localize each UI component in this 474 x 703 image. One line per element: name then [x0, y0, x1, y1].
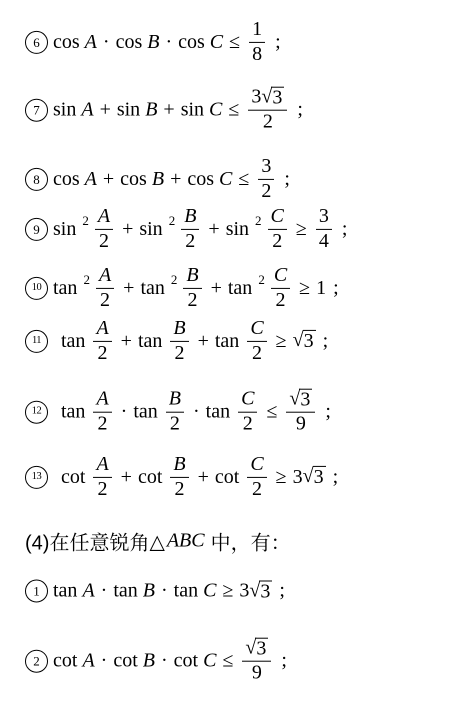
- denominator: 2: [258, 180, 274, 203]
- operator: ·: [193, 401, 200, 424]
- variable: C: [210, 31, 223, 54]
- circled-number: 10: [25, 277, 48, 300]
- radicand: 3: [259, 580, 272, 602]
- function-name: cos: [53, 31, 80, 54]
- variable: B: [184, 206, 196, 228]
- formula-8: 8cosA+cosB+cosC≤32;: [25, 156, 290, 202]
- function-name: cos: [53, 168, 80, 191]
- operator: +: [198, 330, 209, 353]
- operator: ·: [121, 401, 128, 424]
- fraction: 3√32: [248, 87, 287, 134]
- numerator: B: [166, 389, 184, 413]
- numerator: 3: [258, 156, 274, 180]
- fraction: √39: [286, 389, 315, 436]
- superscript: 2: [171, 272, 178, 288]
- fraction: A2: [93, 454, 111, 500]
- number: 2: [252, 479, 262, 501]
- variable: A: [85, 168, 97, 191]
- operator: ≤: [266, 401, 277, 424]
- number: 2: [275, 290, 285, 312]
- fraction: B2: [183, 265, 201, 311]
- function-name: tan: [215, 330, 239, 353]
- fraction: A2: [93, 389, 111, 435]
- semicolon: ;: [297, 99, 303, 122]
- function-name: cot: [53, 650, 77, 673]
- variable: B: [143, 580, 155, 603]
- number: 4: [319, 231, 329, 253]
- superscript: 2: [258, 272, 265, 288]
- number: 3: [319, 206, 329, 228]
- denominator: 2: [181, 230, 199, 253]
- formula-2: 2cotA·cotB·cotC≤√39;: [25, 638, 287, 685]
- operator: ≥: [296, 218, 307, 241]
- denominator: 2: [247, 478, 266, 501]
- circled-number: 13: [25, 466, 48, 489]
- circled-number: 7: [25, 99, 48, 122]
- radical: √3: [293, 330, 316, 352]
- operator: +: [100, 99, 111, 122]
- circled-number: 9: [25, 218, 48, 241]
- operator: ≤: [229, 31, 240, 54]
- variable: B: [147, 31, 159, 54]
- denominator: 4: [316, 230, 332, 253]
- variable: B: [169, 389, 181, 411]
- number: 2: [187, 290, 197, 312]
- superscript: 2: [83, 272, 90, 288]
- semicolon: ;: [333, 277, 339, 300]
- fraction: C2: [247, 318, 266, 364]
- function-name: tan: [228, 277, 252, 300]
- operator: ≤: [222, 650, 233, 673]
- denominator: 2: [93, 342, 111, 365]
- numerator: A: [95, 206, 113, 230]
- operator: ≥: [276, 330, 287, 353]
- variable: C: [250, 318, 263, 340]
- variable: B: [173, 454, 185, 476]
- variable: C: [203, 650, 216, 673]
- circled-number: 1: [25, 580, 48, 603]
- numerator: B: [170, 318, 188, 342]
- formula-7: 7sinA+sinB+sinC≤3√32;: [25, 87, 303, 134]
- formula-13: 13cotA2+cotB2+cotC2≥3√3;: [25, 454, 338, 500]
- function-name: sin: [53, 99, 76, 122]
- fraction: A2: [96, 265, 114, 311]
- circled-number: 12: [25, 401, 48, 424]
- semicolon: ;: [323, 330, 329, 353]
- variable: C: [250, 454, 263, 476]
- numerator: C: [247, 454, 266, 478]
- numerator: B: [170, 454, 188, 478]
- number: 3: [251, 87, 261, 109]
- fraction: A2: [95, 206, 113, 252]
- radicand: 3: [271, 87, 284, 109]
- operator: ≥: [299, 277, 310, 300]
- numerator: √3: [242, 638, 271, 662]
- function-name: cot: [215, 466, 239, 489]
- numerator: B: [181, 206, 199, 230]
- variable: B: [173, 318, 185, 340]
- denominator: 2: [170, 478, 188, 501]
- number: 3: [293, 466, 303, 489]
- function-name: tan: [113, 580, 137, 603]
- variable: C: [203, 580, 216, 603]
- operator: +: [208, 218, 219, 241]
- document-page: 6cosA·cosB·cosC≤18;7sinA+sinB+sinC≤3√32;…: [0, 0, 474, 703]
- denominator: 2: [93, 478, 111, 501]
- denominator: 2: [271, 289, 290, 312]
- numerator: C: [271, 265, 290, 289]
- operator: ≤: [228, 99, 239, 122]
- numerator: √3: [286, 389, 315, 413]
- variable: A: [99, 265, 111, 287]
- fraction: 32: [258, 156, 274, 202]
- fraction: √39: [242, 638, 271, 685]
- function-name: tan: [133, 401, 157, 424]
- operator: +: [121, 466, 132, 489]
- function-name: cot: [113, 650, 137, 673]
- function-name: tan: [61, 330, 85, 353]
- number: 2: [174, 343, 184, 365]
- semicolon: ;: [275, 31, 281, 54]
- operator: ≥: [276, 466, 287, 489]
- fraction: C2: [238, 389, 257, 435]
- operator: +: [121, 330, 132, 353]
- operator: +: [163, 99, 174, 122]
- fraction: B2: [181, 206, 199, 252]
- radical: √3: [249, 580, 272, 602]
- number: 2: [99, 231, 109, 253]
- denominator: 2: [268, 230, 287, 253]
- denominator: 9: [286, 413, 315, 436]
- number: 2: [98, 414, 108, 436]
- function-name: tan: [53, 580, 77, 603]
- formula-11: 11tanA2+tanB2+tanC2≥√3;: [25, 318, 328, 364]
- formula-1: 1tanA·tanB·tanC≥3√3;: [25, 580, 285, 603]
- operator: ·: [161, 650, 168, 673]
- variable: C: [241, 389, 254, 411]
- numerator: C: [247, 318, 266, 342]
- function-name: sin: [181, 99, 204, 122]
- semicolon: ;: [325, 401, 331, 424]
- section-heading: (4)在任意锐角△ABC中，有：: [25, 527, 291, 556]
- function-name: tan: [206, 401, 230, 424]
- variable: A: [82, 580, 94, 603]
- number: 2: [252, 343, 262, 365]
- variable: B: [143, 650, 155, 673]
- function-name: tan: [138, 330, 162, 353]
- numerator: C: [268, 206, 287, 230]
- fraction: B2: [170, 454, 188, 500]
- operator: ·: [165, 31, 172, 54]
- formula-12: 12tanA2·tanB2·tanC2≤√39;: [25, 389, 331, 436]
- operator: ·: [101, 650, 108, 673]
- fraction: C2: [271, 265, 290, 311]
- number: 9: [296, 414, 306, 436]
- numerator: A: [93, 454, 111, 478]
- number: 2: [170, 414, 180, 436]
- numerator: A: [93, 318, 111, 342]
- numerator: 3: [316, 206, 332, 230]
- operator: +: [122, 218, 133, 241]
- operator: ≤: [238, 168, 249, 191]
- triangle-icon: △: [149, 529, 164, 553]
- fraction: 18: [249, 19, 265, 65]
- function-name: sin: [139, 218, 162, 241]
- operator: ·: [101, 580, 108, 603]
- circled-number: 11: [25, 330, 48, 353]
- radical: √3: [289, 389, 312, 411]
- radical: √3: [245, 638, 268, 660]
- function-name: cot: [138, 466, 162, 489]
- function-name: cos: [116, 31, 143, 54]
- radicand: 3: [313, 466, 326, 488]
- function-name: sin: [117, 99, 140, 122]
- fraction: 34: [316, 206, 332, 252]
- denominator: 2: [93, 413, 111, 436]
- variable: A: [96, 318, 108, 340]
- radicand: 3: [255, 638, 268, 660]
- operator: ·: [161, 580, 168, 603]
- function-name: cot: [61, 466, 85, 489]
- radicand: 3: [303, 330, 316, 352]
- numerator: A: [96, 265, 114, 289]
- formula-6: 6cosA·cosB·cosC≤18;: [25, 19, 281, 65]
- operator: ≥: [222, 580, 233, 603]
- numerator: B: [183, 265, 201, 289]
- fraction: C2: [268, 206, 287, 252]
- variable: A: [96, 389, 108, 411]
- semicolon: ;: [333, 466, 339, 489]
- denominator: 2: [247, 342, 266, 365]
- number: 2: [100, 290, 110, 312]
- function-name: cos: [187, 168, 214, 191]
- number: 8: [252, 44, 262, 66]
- function-name: cos: [120, 168, 147, 191]
- operator: +: [198, 466, 209, 489]
- circled-number: 2: [25, 650, 48, 673]
- fraction: B2: [170, 318, 188, 364]
- triangle-label: ABC: [167, 530, 205, 553]
- function-name: tan: [61, 401, 85, 424]
- operator: +: [211, 277, 222, 300]
- operator: ·: [103, 31, 110, 54]
- denominator: 2: [170, 342, 188, 365]
- denominator: 2: [95, 230, 113, 253]
- fraction: B2: [166, 389, 184, 435]
- superscript: 2: [255, 213, 262, 229]
- denominator: 2: [96, 289, 114, 312]
- variable: A: [82, 650, 94, 673]
- heading-text: 中，有：: [211, 527, 291, 556]
- number: 2: [263, 112, 273, 134]
- denominator: 8: [249, 43, 265, 66]
- number: 2: [185, 231, 195, 253]
- denominator: 2: [238, 413, 257, 436]
- semicolon: ;: [342, 218, 348, 241]
- variable: C: [219, 168, 232, 191]
- variable: A: [81, 99, 93, 122]
- heading-text: (4)在任意锐角: [25, 527, 149, 556]
- numerator: 3√3: [248, 87, 287, 111]
- number: 2: [272, 231, 282, 253]
- number: 9: [252, 663, 262, 685]
- function-name: tan: [140, 277, 164, 300]
- number: 2: [98, 479, 108, 501]
- operator: +: [123, 277, 134, 300]
- fraction: A2: [93, 318, 111, 364]
- formula-10: 10tan2A2+tan2B2+tan2C2≥1;: [25, 265, 339, 311]
- number: 3: [239, 580, 249, 603]
- function-name: tan: [174, 580, 198, 603]
- operator: +: [170, 168, 181, 191]
- variable: B: [145, 99, 157, 122]
- numerator: 1: [249, 19, 265, 43]
- operator: +: [103, 168, 114, 191]
- variable: A: [98, 206, 110, 228]
- number: 1: [316, 277, 326, 300]
- radical: √3: [261, 87, 284, 109]
- superscript: 2: [82, 213, 89, 229]
- variable: C: [209, 99, 222, 122]
- radical: √3: [303, 466, 326, 488]
- formula-9: 9sin2A2+sin2B2+sin2C2≥34;: [25, 206, 347, 252]
- numerator: A: [93, 389, 111, 413]
- superscript: 2: [169, 213, 176, 229]
- denominator: 2: [166, 413, 184, 436]
- number: 3: [261, 156, 271, 178]
- number: 2: [243, 414, 253, 436]
- circled-number: 8: [25, 168, 48, 191]
- variable: B: [152, 168, 164, 191]
- denominator: 2: [248, 111, 287, 134]
- circled-number: 6: [25, 31, 48, 54]
- denominator: 2: [183, 289, 201, 312]
- number: 2: [261, 181, 271, 203]
- number: 2: [174, 479, 184, 501]
- number: 1: [252, 19, 262, 41]
- function-name: sin: [226, 218, 249, 241]
- function-name: tan: [53, 277, 77, 300]
- semicolon: ;: [281, 650, 287, 673]
- function-name: sin: [53, 218, 76, 241]
- function-name: cos: [178, 31, 205, 54]
- function-name: cot: [174, 650, 198, 673]
- variable: A: [85, 31, 97, 54]
- numerator: C: [238, 389, 257, 413]
- variable: B: [186, 265, 198, 287]
- fraction: C2: [247, 454, 266, 500]
- radicand: 3: [299, 389, 312, 411]
- variable: A: [96, 454, 108, 476]
- denominator: 9: [242, 662, 271, 685]
- semicolon: ;: [284, 168, 290, 191]
- semicolon: ;: [279, 580, 285, 603]
- number: 2: [98, 343, 108, 365]
- variable: C: [274, 265, 287, 287]
- variable: C: [271, 206, 284, 228]
